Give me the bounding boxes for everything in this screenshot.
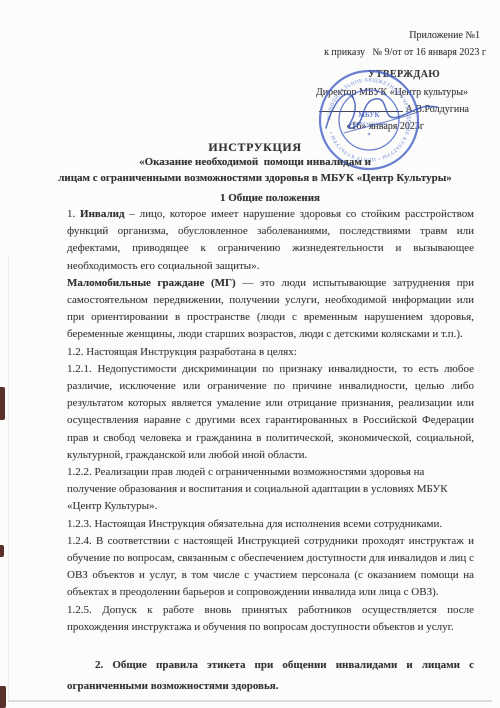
- paragraph-text: 1.2.1. Недопустимости дискриминации по п…: [67, 363, 474, 461]
- order-line: к приказу № 9/от от 16 января 2023 г: [324, 47, 486, 58]
- left-edge-mark: [0, 545, 4, 557]
- handwritten-signature: [318, 78, 448, 140]
- paragraph-number: 1.: [67, 208, 80, 220]
- paragraph-1-2-5: 1.2.5. Допуск к работе вновь принятых ра…: [67, 602, 474, 636]
- section2-heading: 2. Общие правила этикета при общении инв…: [67, 655, 474, 696]
- page-edge-shadow: [8, 255, 9, 702]
- document-subtitle-line1: «Оказание необходимой помощи инвалидам и: [20, 156, 490, 168]
- left-edge-mark: [0, 686, 6, 708]
- scanned-document-page: Приложение №1 к приказу № 9/от от 16 янв…: [0, 0, 500, 708]
- document-body: 1. Инвалид – лицо, которое имеет нарушен…: [67, 206, 474, 696]
- document-title: ИНСТРУКЦИЯ: [20, 140, 490, 155]
- paragraph-invalid-definition: 1. Инвалид – лицо, которое имеет нарушен…: [67, 206, 474, 275]
- paragraph-text: 1.2.5. Допуск к работе вновь принятых ра…: [67, 604, 474, 633]
- document-subtitle-line2: лицам с ограниченными возможностями здор…: [20, 172, 490, 184]
- paragraph-1-2-1: 1.2.1. Недопустимости дискриминации по п…: [67, 361, 474, 464]
- paragraph-text: – лицо, которое имеет нарушение здоровья…: [67, 208, 474, 272]
- page-bottom-edge: [8, 700, 492, 702]
- paragraph-1-2-2: 1.2.2. Реализации прав людей с ограничен…: [67, 464, 474, 516]
- section1-heading: 1 Общие положения: [67, 192, 473, 204]
- paragraph-1-2-4: 1.2.4. В соответствии с настоящей Инстру…: [67, 533, 474, 602]
- paragraph-1-2-3: 1.2.3. Настоящая Инструкция обязательна …: [67, 516, 474, 533]
- paragraph-text: 1.2.4. В соответствии с настоящей Инстру…: [67, 535, 474, 599]
- paragraph-text: 1.2.3. Настоящая Инструкция обязательна …: [67, 518, 442, 530]
- paragraph-1-2: 1.2. Настоящая Инструкция разработана в …: [67, 344, 474, 361]
- paragraph-term: Инвалид: [80, 208, 125, 220]
- appendix-line: Приложение №1: [409, 30, 480, 41]
- paragraph-mg-definition: Маломобильные граждане (МГ) — это люди и…: [67, 275, 474, 344]
- paragraph-text: 1.2.2. Реализации прав людей с ограничен…: [67, 466, 448, 512]
- paragraph-text: 1.2. Настоящая Инструкция разработана в …: [67, 346, 297, 358]
- left-edge-mark: [0, 387, 5, 420]
- paragraph-term: Маломобильные граждане (МГ): [67, 277, 236, 289]
